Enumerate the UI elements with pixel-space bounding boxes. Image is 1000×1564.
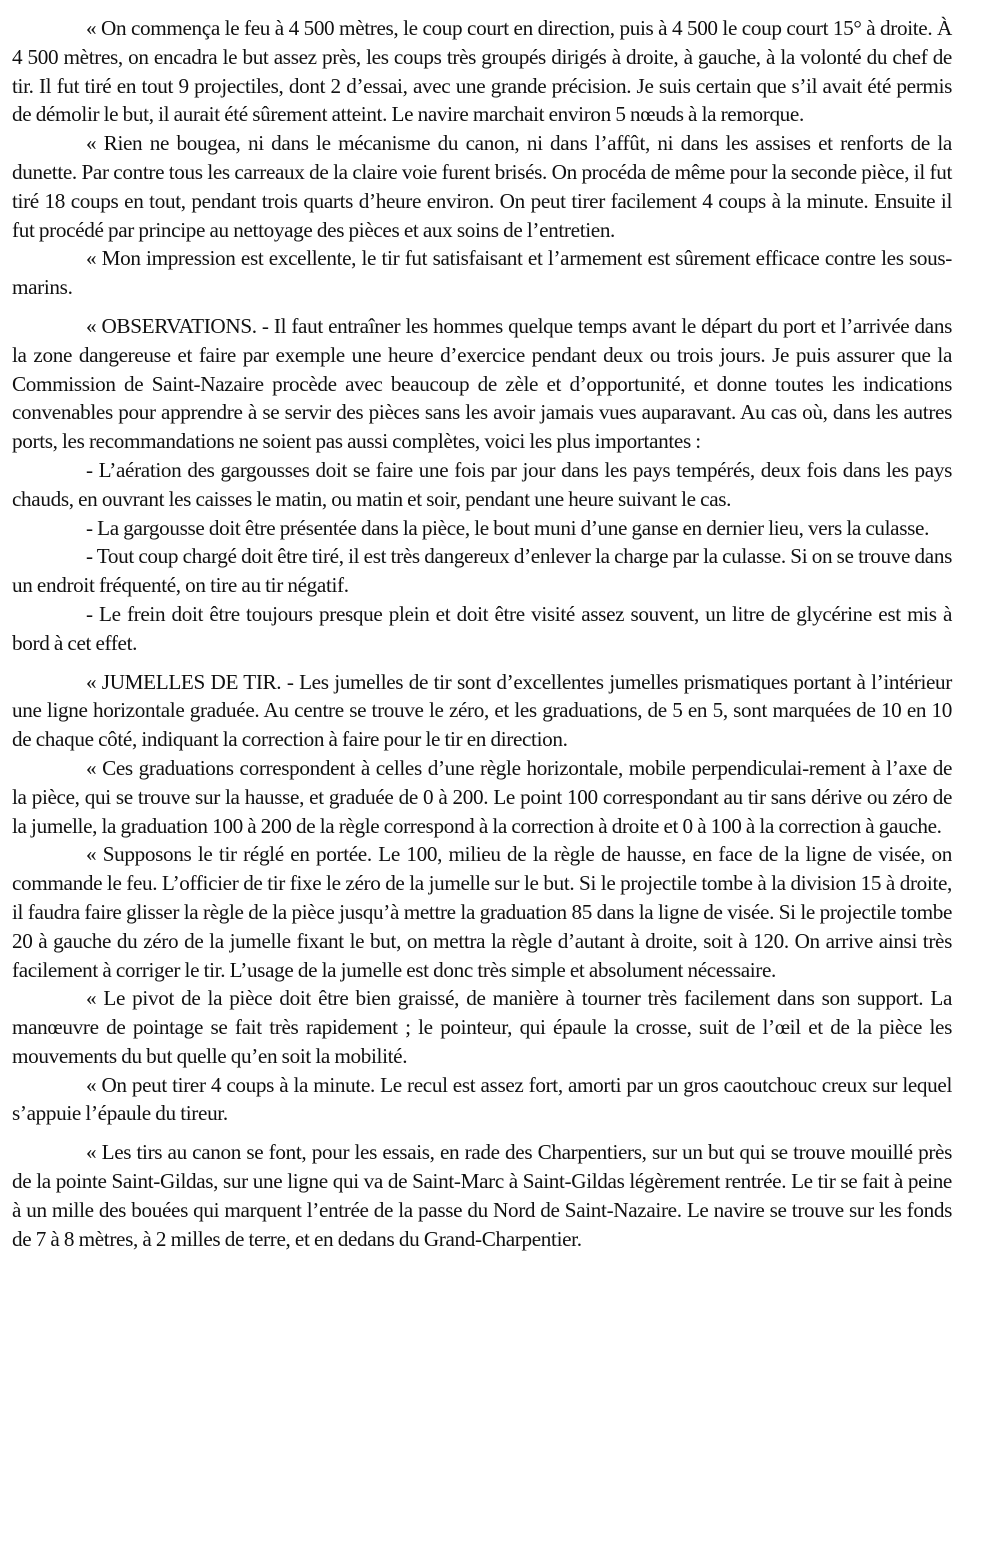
paragraph-graduations: « Ces graduations correspondent à celles… [12, 754, 952, 840]
document-page: « On commença le feu à 4 500 mètres, le … [12, 14, 952, 1253]
paragraph-pivot: « Le pivot de la pièce doit être bien gr… [12, 984, 952, 1070]
paragraph-supposons: « Supposons le tir réglé en portée. Le 1… [12, 840, 952, 984]
paragraph-tirs-au-canon: « Les tirs au canon se font, pour les es… [12, 1138, 952, 1253]
paragraph-observations: « OBSERVATIONS. - Il faut entraîner les … [12, 312, 952, 456]
paragraph-jumelles-de-tir: « JUMELLES DE TIR. - Les jumelles de tir… [12, 668, 952, 754]
paragraph-impression: « Mon impression est excellente, le tir … [12, 244, 952, 302]
paragraph-no-damage: « Rien ne bougea, ni dans le mécanisme d… [12, 129, 952, 244]
list-item-aeration: - L’aération des gargousses doit se fair… [12, 456, 952, 514]
paragraph-firing-trial: « On commença le feu à 4 500 mètres, le … [12, 14, 952, 129]
list-item-gargousse: - La gargousse doit être présentée dans … [12, 514, 952, 543]
list-item-coup-charge: - Tout coup chargé doit être tiré, il es… [12, 542, 952, 600]
paragraph-recul: « On peut tirer 4 coups à la minute. Le … [12, 1071, 952, 1129]
list-item-frein: - Le frein doit être toujours presque pl… [12, 600, 952, 658]
